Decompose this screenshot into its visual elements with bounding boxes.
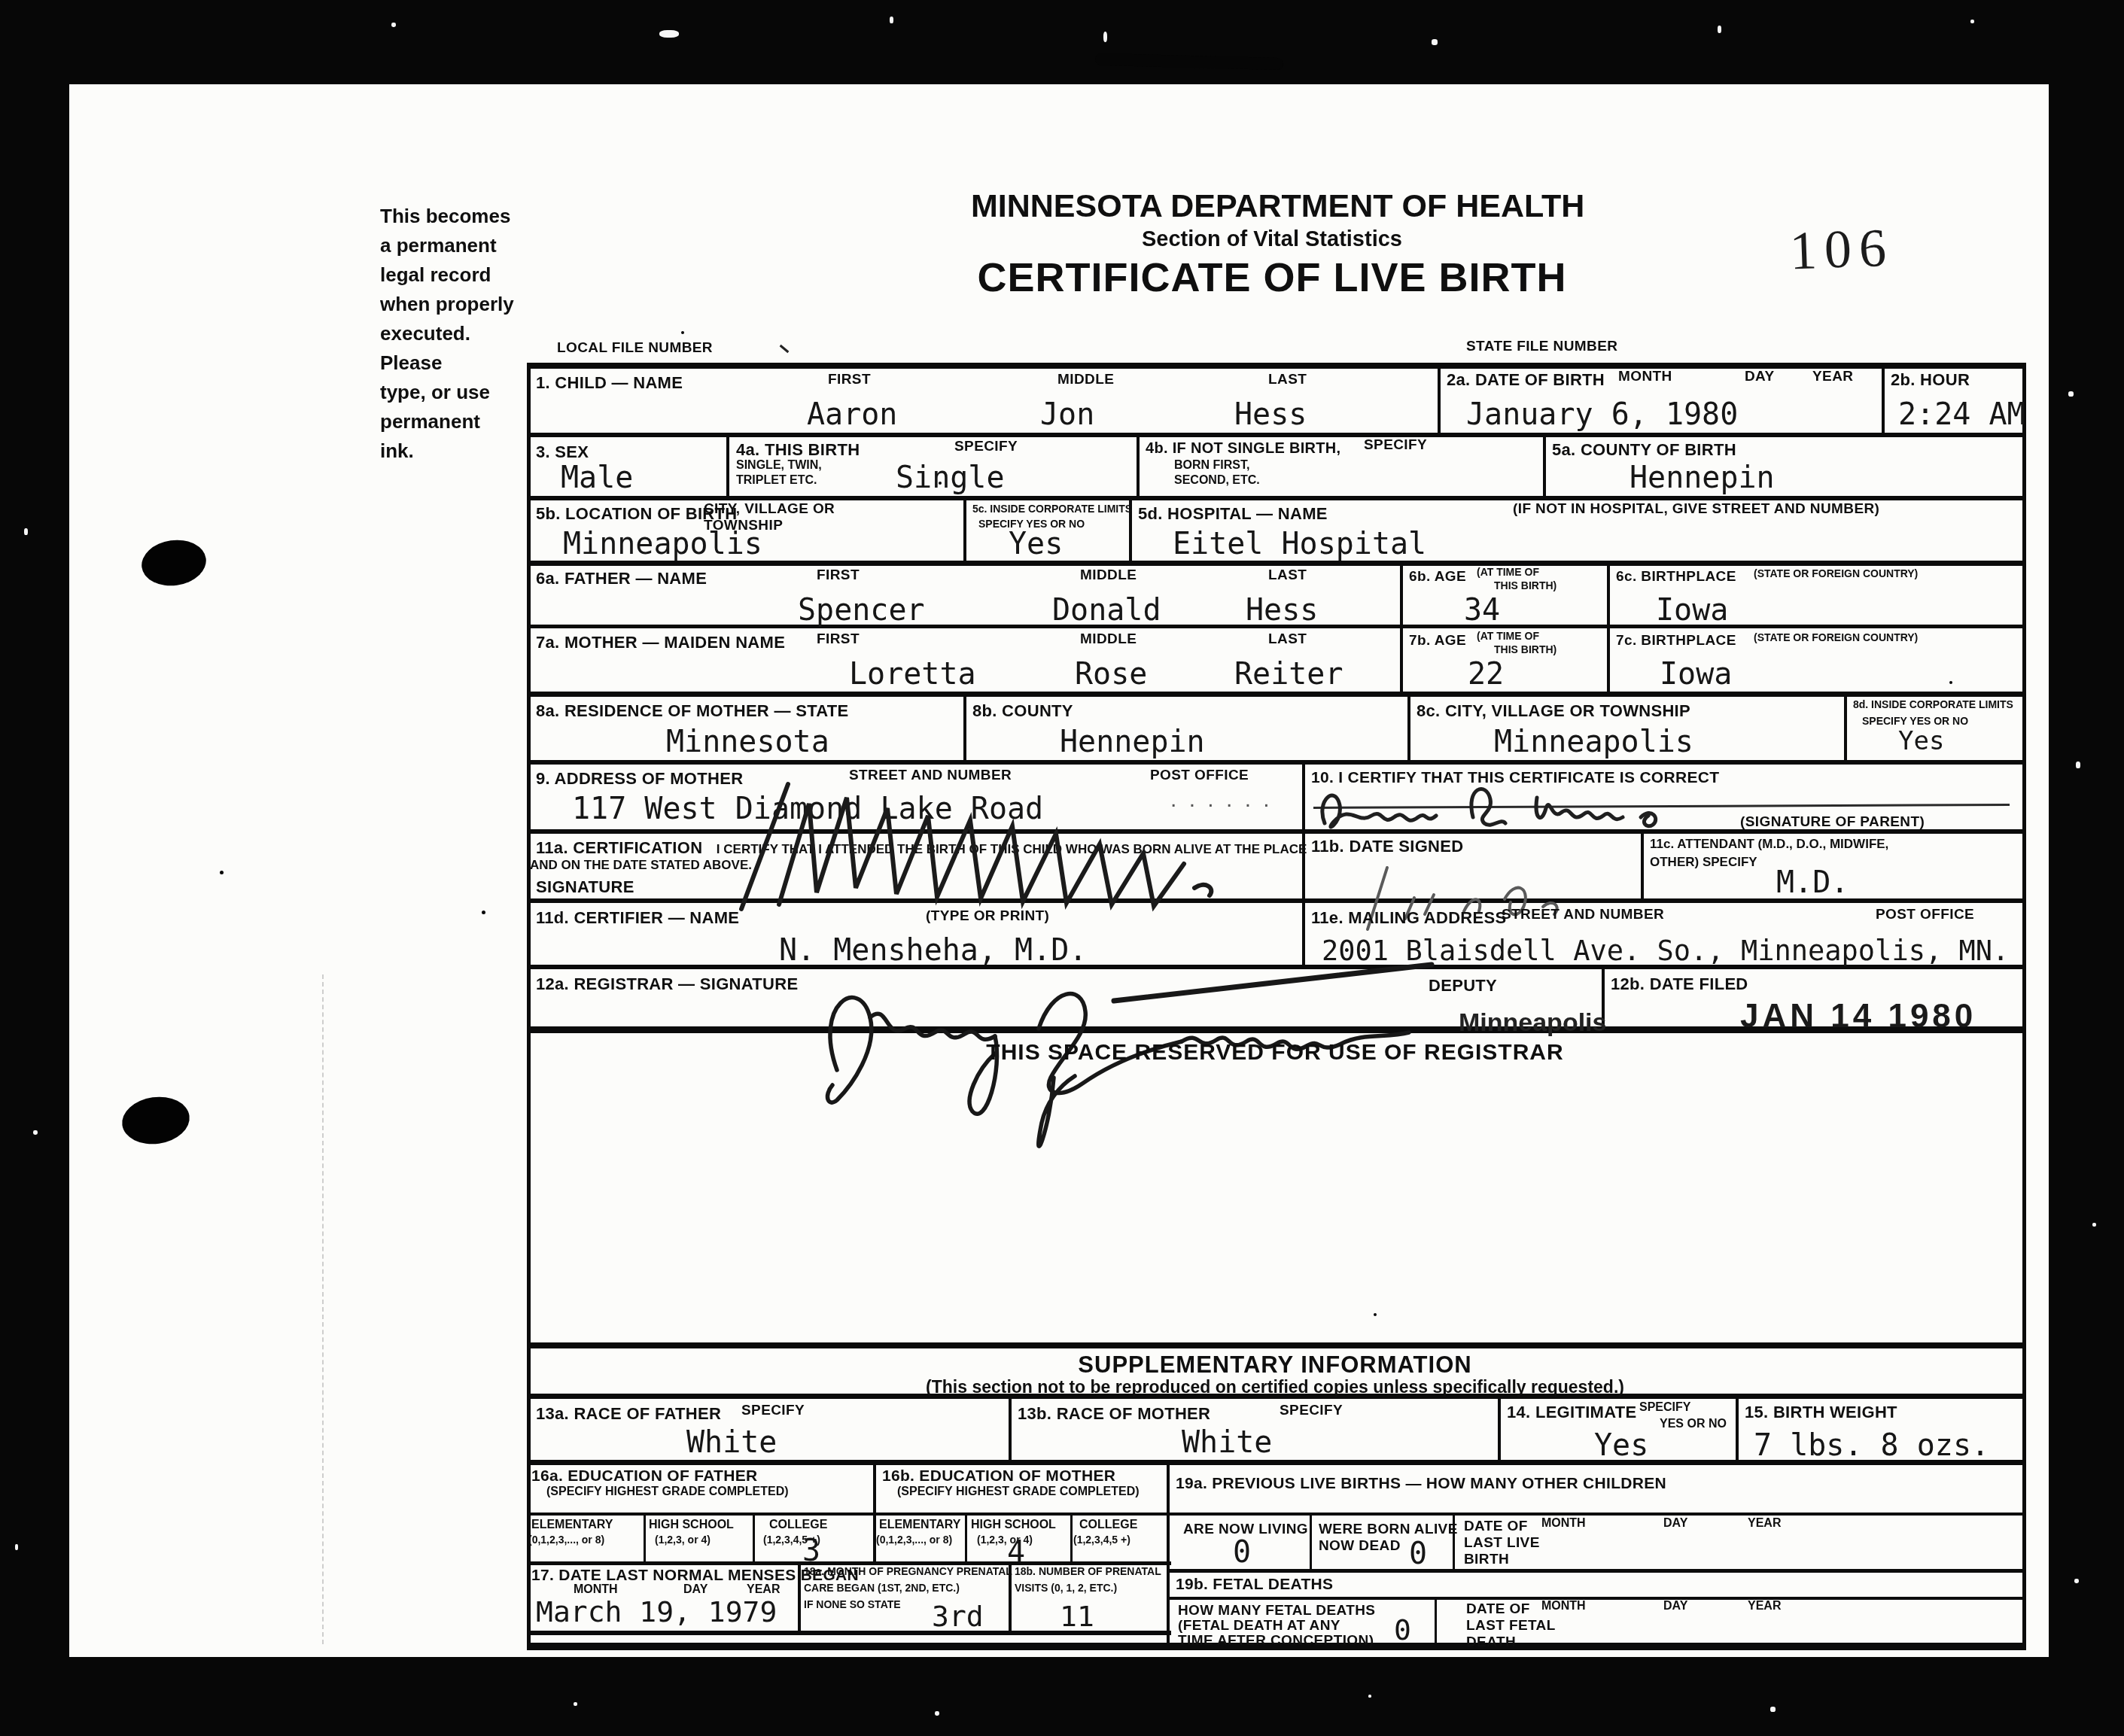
edu-mother-sub: (SPECIFY HIGHEST GRADE COMPLETED) [897,1485,1140,1499]
page-speck [1374,1313,1377,1316]
county-of-birth-label: 5a. COUNTY OF BIRTH [1552,440,1736,460]
grid-line [1400,561,1403,628]
grid-line [527,692,2026,697]
grid-line [644,1513,646,1565]
grid-line [1137,433,1140,500]
mother-birthplace-value: Iowa [1660,657,1732,692]
child-first-value: Aaron [807,397,897,432]
certificate-number-stamp: 106 [1789,217,1895,283]
born-alive-dead-label2: NOW DEAD [1319,1538,1401,1555]
prenatal-visits-value: 11 [1060,1600,1094,1633]
page-title: CERTIFICATE OF LIVE BIRTH [971,254,1573,301]
date-of-birth-value: January 6, 1980 [1466,397,1738,432]
certifier-label: 11d. CERTIFIER — NAME [536,908,739,928]
fetal-deaths-how-many3: TIME AFTER CONCEPTION) [1178,1633,1374,1649]
page-speck [482,911,485,914]
grid-line [963,496,966,565]
last-fetal-date-label2: LAST FETAL [1466,1618,1556,1634]
edu-mother-label: 16b. EDUCATION OF MOTHER [882,1467,1115,1485]
date-signed-handwriting [1351,854,1577,944]
signature-of-parent-caption: (SIGNATURE OF PARENT) [1740,814,1925,831]
last-live-birth-day: DAY [1663,1517,1687,1531]
grid-line [527,363,531,1650]
scan-speck [2076,762,2080,768]
father-age-label: 6b. AGE [1409,569,1466,585]
mother-age-paren1: (AT TIME OF [1477,630,1539,642]
scan-speck [1368,1695,1371,1698]
prenatal-visits-line2: VISITS (0, 1, 2, ETC.) [1015,1582,1117,1594]
mother-birthplace-label: 7c. BIRTHPLACE [1616,633,1736,649]
grid-line [1736,1394,1739,1465]
race-father-label: 13a. RACE OF FATHER [536,1404,721,1424]
residence-limits-sub: SPECIFY YES OR NO [1862,715,1968,727]
residence-state-value: Minnesota [666,725,829,759]
fetal-deaths-label: 19b. FETAL DEATHS [1176,1576,1333,1594]
mother-age-label: 7b. AGE [1409,633,1466,649]
grid-line [527,496,2026,500]
edu-mother-elementary-header: ELEMENTARY [879,1519,960,1532]
prenatal-began-label: 18a. MONTH OF PREGNANCY PRENATAL [804,1565,1012,1577]
grid-line [1009,1394,1012,1465]
edu-mother-college-header: COLLEGE [1079,1519,1137,1532]
grid-line [873,1460,876,1565]
last-live-birth-year: YEAR [1748,1517,1781,1531]
this-birth-value: Single [896,461,1005,495]
father-last-value: Hess [1246,593,1318,628]
mother-first-value: Loretta [849,657,976,692]
race-father-specify: SPECIFY [741,1403,805,1419]
attendant-label: 11c. ATTENDANT (M.D., D.O., MIDWIFE, [1650,837,1888,852]
certification-text2: AND ON THE DATE STATED ABOVE. [530,858,752,873]
legitimate-specify: SPECIFY [1639,1401,1690,1415]
grid-line [1407,692,1410,765]
scan-speck [935,1711,939,1716]
note-line: when properly [380,290,514,319]
prenatal-began-value: 3rd [932,1600,984,1633]
residence-county-label: 8b. COUNTY [972,701,1073,721]
scan-speck [391,23,396,27]
fetal-deaths-how-many2: (FETAL DEATH AT ANY [1178,1618,1340,1634]
fetal-deaths-value: 0 [1394,1613,1411,1646]
grid-line [1167,1597,2026,1600]
last-live-birth-date-label3: BIRTH [1464,1552,1509,1568]
hour-value: 2:24 AM [1898,397,2025,432]
scanned-birth-certificate: This becomes a permanent legal record wh… [0,0,2124,1736]
scan-speck [2092,1223,2096,1227]
grid-line [726,433,729,500]
scan-speck [1432,39,1438,45]
father-age-paren2: THIS BIRTH) [1494,579,1556,591]
dob-year-sublabel: YEAR [1812,369,1853,385]
if-not-single-specify: SPECIFY [1364,437,1427,454]
if-not-single-line3: SECOND, ETC. [1174,474,1260,488]
father-first-sublabel: FIRST [817,567,860,584]
deputy-label: DEPUTY [1429,976,1497,996]
child-last-value: Hess [1234,397,1307,432]
mother-age-value: 22 [1468,657,1504,692]
scan-speck [1103,32,1107,42]
prenatal-visits-label: 18b. NUMBER OF PRENATAL [1015,1565,1161,1577]
child-middle-value: Jon [1040,397,1094,432]
registrar-label: 12a. REGISTRAR — SIGNATURE [536,974,798,994]
supplementary-subtitle: (This section not to be reproduced on ce… [527,1377,2023,1397]
legitimate-label: 14. LEGITIMATE [1507,1403,1636,1422]
father-middle-sublabel: MIDDLE [1080,567,1137,584]
father-last-sublabel: LAST [1268,567,1307,584]
last-fetal-year: YEAR [1748,1600,1781,1613]
header-agency: MINNESOTA DEPARTMENT OF HEALTH [971,188,1573,225]
inside-limits-birth-value: Yes [1009,527,1063,561]
menses-value: March 19, 1979 [536,1595,777,1628]
grid-line [1167,1460,1170,1648]
note-line: Please [380,348,514,378]
grid-line [527,760,2026,765]
father-birthplace-value: Iowa [1656,593,1728,628]
edu-father-college-header: COLLEGE [769,1519,827,1532]
previous-births-label: 19a. PREVIOUS LIVE BIRTHS — HOW MANY OTH… [1176,1475,1666,1493]
residence-city-label: 8c. CITY, VILLAGE OR TOWNSHIP [1417,701,1690,721]
page-speck [220,871,224,874]
birth-weight-label: 15. BIRTH WEIGHT [1745,1403,1897,1422]
race-father-value: White [686,1425,777,1460]
page-speck [1949,681,1952,684]
grid-line [1882,363,1885,437]
registrar-signature [790,957,1468,1115]
mother-address-label: 9. ADDRESS OF MOTHER [536,769,743,789]
grid-line [1070,1513,1073,1565]
hospital-value: Eitel Hospital [1173,527,1426,561]
scan-speck [1718,26,1721,33]
born-alive-dead-value: 0 [1409,1537,1427,1571]
grid-line [1543,433,1546,500]
location-sub1: CITY, VILLAGE OR [704,501,835,518]
dob-day-sublabel: DAY [1745,369,1775,385]
sex-label: 3. SEX [536,442,589,462]
child-name-label: 1. CHILD — NAME [536,373,683,393]
grid-line [527,561,2026,566]
certification-signature-label: SIGNATURE [536,877,634,897]
mother-last-value: Reiter [1234,657,1343,692]
grid-line [1400,625,1403,696]
note-line: permanent [380,407,514,436]
last-fetal-date-label3: DEATH [1466,1634,1516,1651]
state-file-number-label: STATE FILE NUMBER [1466,339,1617,355]
scan-speck [1770,1707,1776,1712]
edu-father-highschool-header: HIGH SCHOOL [649,1519,734,1532]
mother-middle-value: Rose [1075,657,1147,692]
father-birthplace-paren: (STATE OR FOREIGN COUNTRY) [1754,567,1918,579]
last-live-birth-month: MONTH [1541,1517,1586,1531]
registrar-space-heading: THIS SPACE RESERVED FOR USE OF REGISTRAR [527,1040,2023,1066]
father-age-value: 34 [1464,593,1500,628]
father-middle-value: Donald [1052,593,1161,628]
this-birth-line2: SINGLE, TWIN, [736,459,822,473]
note-line: This becomes [380,202,514,231]
county-of-birth-value: Hennepin [1630,461,1775,495]
scan-speck [659,30,679,38]
scan-speck [1970,20,1974,23]
edu-mother-highschool-header: HIGH SCHOOL [971,1519,1056,1532]
grid-line [1302,760,1305,834]
edu-father-elementary-range: (0,1,2,3,..., or 8) [528,1534,604,1546]
birth-weight-value: 7 lbs. 8 ozs. [1754,1428,1989,1463]
prenatal-began-line3: IF NONE SO STATE [804,1598,901,1610]
attendant-line2: OTHER) SPECIFY [1650,855,1757,870]
last-live-birth-date-label1: DATE OF [1464,1519,1528,1535]
scan-speck [15,1544,18,1550]
date-filed-stamp: JAN 14 1980 [1740,998,1976,1035]
certification-label: 11a. CERTIFICATION [536,838,702,857]
scan-speck [24,528,28,535]
attendant-signature [734,775,1261,911]
mother-age-paren2: THIS BIRTH) [1494,643,1556,655]
father-age-paren1: (AT TIME OF [1477,566,1539,578]
scan-smudge [1095,53,1283,71]
inside-limits-birth-label: 5c. INSIDE CORPORATE LIMITS [972,503,1132,515]
grid-line [527,1342,2026,1348]
grid-line [1607,625,1610,696]
note-line: executed. [380,319,514,348]
child-middle-sublabel: MIDDLE [1057,372,1114,388]
now-living-value: 0 [1233,1535,1251,1570]
scan-speck [574,1702,577,1706]
mother-last-sublabel: LAST [1268,631,1307,648]
mailing-street-sublabel: STREET AND NUMBER [1502,907,1664,923]
grid-line [1438,363,1441,437]
hospital-note: (IF NOT IN HOSPITAL, GIVE STREET AND NUM… [1513,501,1879,518]
residence-limits-label: 8d. INSIDE CORPORATE LIMITS [1853,698,2013,710]
mailing-post-office-sublabel: POST OFFICE [1876,907,1974,923]
mother-middle-sublabel: MIDDLE [1080,631,1137,648]
legitimate-yes-or-no: YES OR NO [1660,1418,1727,1431]
note-line: a permanent [380,231,514,260]
if-not-single-label: 4b. IF NOT SINGLE BIRTH, [1146,440,1340,458]
grid-line [963,692,966,765]
grid-line [1498,1394,1501,1465]
scan-speck [890,17,893,23]
residence-city-value: Minneapolis [1494,725,1693,759]
grid-line [1167,1569,2026,1573]
fold-line [322,974,324,1644]
father-first-value: Spencer [798,593,925,628]
sex-value: Male [561,461,633,495]
date-of-birth-label: 2a. DATE OF BIRTH [1447,370,1605,390]
this-birth-line3: TRIPLET ETC. [736,474,817,488]
scan-speck [33,1130,38,1135]
born-alive-dead-label1: WERE BORN ALIVE [1319,1522,1458,1538]
mother-birthplace-paren: (STATE OR FOREIGN COUNTRY) [1754,631,1918,643]
edu-father-elementary-header: ELEMENTARY [531,1519,613,1532]
certifier-paren: (TYPE OR PRINT) [926,908,1049,925]
this-birth-specify: SPECIFY [954,439,1018,455]
mailing-address-label: 11e. MAILING ADDRESS [1311,908,1506,928]
residence-limits-value: Yes [1898,726,1944,756]
if-not-single-line2: BORN FIRST, [1174,459,1249,473]
grid-line [527,1513,2026,1516]
race-mother-label: 13b. RACE OF MOTHER [1018,1404,1210,1424]
scan-speck [2074,1579,2079,1583]
note-line: legal record [380,260,514,290]
last-fetal-month: MONTH [1541,1600,1586,1613]
residence-county-value: Hennepin [1060,725,1205,759]
grid-line [965,1513,967,1565]
grid-line [753,1513,755,1565]
attendant-value: M.D. [1776,865,1849,900]
race-mother-specify: SPECIFY [1280,1403,1343,1419]
supplementary-title: SUPPLEMENTARY INFORMATION [527,1351,2023,1379]
last-fetal-date-label1: DATE OF [1466,1601,1530,1618]
child-first-sublabel: FIRST [828,372,871,388]
edu-father-college-value: 3 [802,1534,820,1568]
date-filed-label: 12b. DATE FILED [1611,974,1748,994]
header-section: Section of Vital Statistics [971,227,1573,252]
this-birth-label: 4a. THIS BIRTH [736,440,860,460]
grid-line [527,433,2026,437]
grid-line [527,363,2026,369]
last-fetal-day: DAY [1663,1600,1687,1613]
location-of-birth-value: Minneapolis [563,527,762,561]
father-birthplace-label: 6c. BIRTHPLACE [1616,569,1736,585]
hospital-label: 5d. HOSPITAL — NAME [1138,504,1328,524]
registrar-city: Minneapolis [1459,1008,1606,1038]
prenatal-began-line2: CARE BEGAN (1ST, 2ND, ETC.) [804,1582,960,1594]
hour-label: 2b. HOUR [1891,370,1970,390]
mother-name-label: 7a. MOTHER — MAIDEN NAME [536,633,785,652]
grid-line [2022,363,2026,1650]
local-file-number-label: LOCAL FILE NUMBER [557,340,713,357]
note-line: ink. [380,436,514,466]
parent-signature [1311,763,1748,846]
residence-state-label: 8a. RESIDENCE OF MOTHER — STATE [536,701,849,721]
note-line: type, or use [380,378,514,407]
race-mother-value: White [1182,1425,1272,1460]
edu-mother-college-range: (1,2,3,4,5 +) [1073,1534,1130,1546]
edu-father-label: 16a. EDUCATION OF FATHER [531,1467,757,1485]
scan-speck [2068,391,2074,397]
legitimate-value: Yes [1594,1428,1648,1463]
edu-mother-elementary-range: (0,1,2,3,..., or 8) [876,1534,952,1546]
edu-father-highschool-range: (1,2,3, or 4) [655,1534,711,1546]
last-live-birth-date-label2: LAST LIVE [1464,1535,1540,1552]
father-name-label: 6a. FATHER — NAME [536,569,707,588]
page-speck [681,331,684,334]
grid-line [1435,1597,1437,1646]
fetal-deaths-how-many1: HOW MANY FETAL DEATHS [1178,1603,1375,1619]
grid-line [1310,1513,1312,1572]
dob-month-sublabel: MONTH [1618,369,1672,385]
mother-first-sublabel: FIRST [817,631,860,648]
edu-father-sub: (SPECIFY HIGHEST GRADE COMPLETED) [546,1485,789,1499]
margin-instruction-note: This becomes a permanent legal record wh… [380,202,514,466]
grid-line [1607,561,1610,628]
child-last-sublabel: LAST [1268,372,1307,388]
grid-line [1844,692,1847,765]
